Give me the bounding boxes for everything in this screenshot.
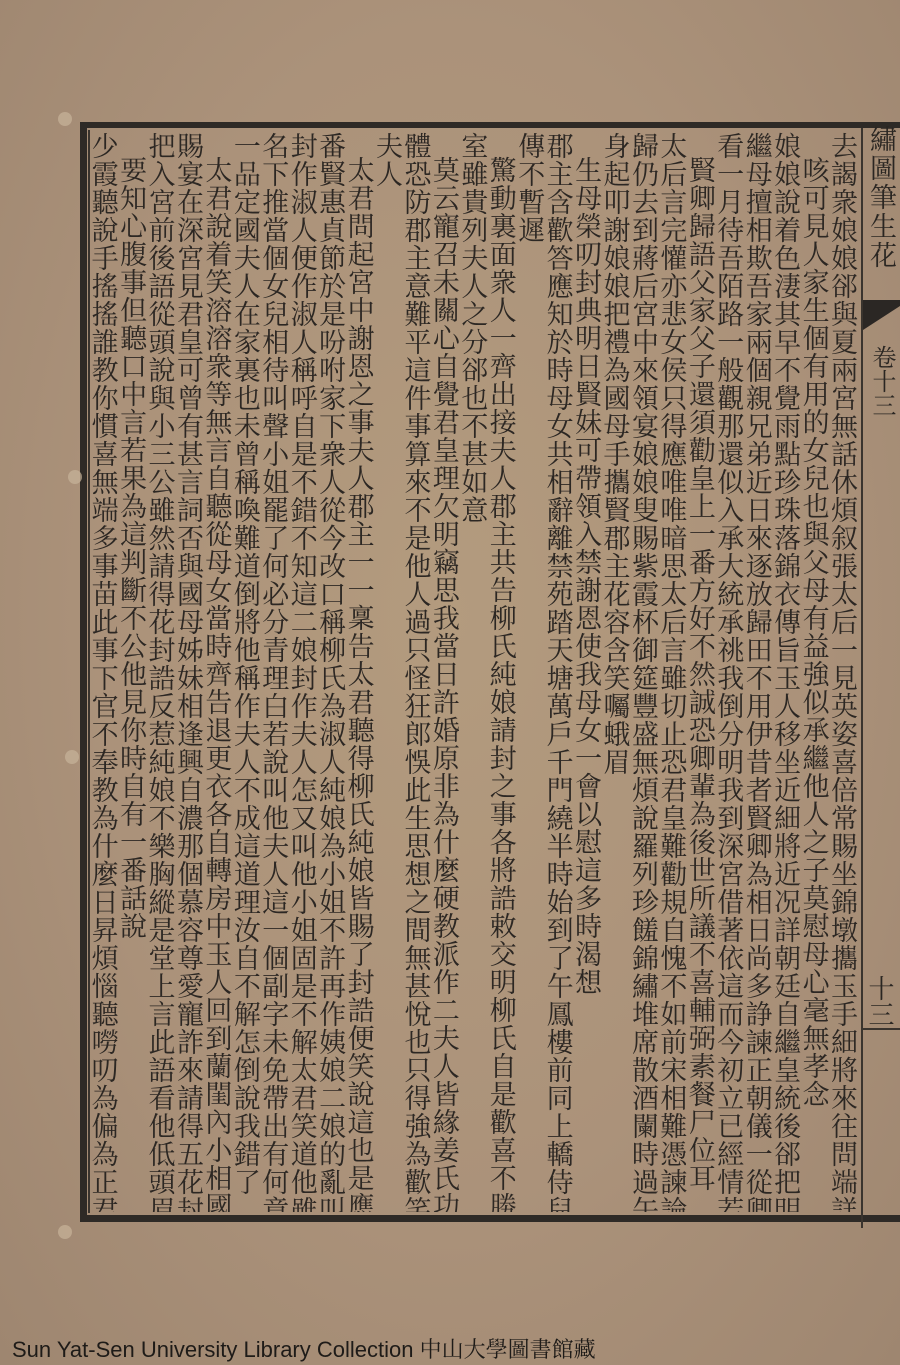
inner-border-line (88, 130, 90, 1213)
binding-hole (58, 112, 72, 126)
text-column: 體恐防郡主意難平這件事算來不是他人過只怪狂郎悞此生思想之間無甚悅也只得強為歡笑謝… (405, 132, 433, 1212)
scanned-book-page: 繡圖筆生花 卷十三 十三 去謁衆娘娘郤與夏兩宮無話休煩叙張太后一見英姿喜倍常賜坐… (0, 0, 900, 1365)
text-column: 咳可見人家生個有用的女兒也與父母有益強似承繼他人之子莫慰母心毫無孝念 (803, 132, 831, 1212)
margin-divider (863, 1028, 900, 1030)
center-margin-line (861, 128, 863, 1228)
margin-volume-label: 卷十三 (866, 345, 900, 417)
text-column: 番賢惠貞節於是吩咐家下衆人從今改口稱柳氏為淑人純娘為小姐不許再作姨娘二娘的亂叫燕… (320, 132, 348, 1212)
text-column: 少霞聽說手搖搖誰教你慣喜無端多事苗此事下官不奉教為什麼日昇煩惱聽嘮叨為偏為正君皇… (92, 132, 120, 1212)
text-column: 繼母擅相欺吾家兩個親兄弟近日來逐放歸田不用伊昔者賢卿為相日尚多諍諫正朝儀一從卿破… (746, 132, 774, 1212)
text-column: 莫云寵召未關心自覺君皇理欠明竊思我當日許婚原非為什麼硬教派作二夫人皆緣姜氏功勞大… (433, 132, 461, 1212)
binding-hole (68, 470, 82, 484)
text-column: 看一月待吾陌路一般觀那還似入承大統承祧我倒分明我到深宮借著依這而今初立已經情若此… (718, 132, 746, 1212)
text-column: 室雖貴列夫人之分郤也不甚如意 (462, 132, 490, 1212)
library-collection-caption: Sun Yat-Sen University Library Collectio… (12, 1333, 596, 1364)
text-column: 去謁衆娘娘郤與夏兩宮無話休煩叙張太后一見英姿喜倍常賜坐錦墩攜玉手細將來往問端詳夫… (832, 132, 860, 1212)
vertical-text-body: 去謁衆娘娘郤與夏兩宮無話休煩叙張太后一見英姿喜倍常賜坐錦墩攜玉手細將來往問端詳夫… (92, 132, 860, 1217)
binding-hole (58, 1225, 72, 1239)
text-column: 賢卿歸語父家父子還須勸皇上一番方好不然誠恐卿輩為後世所議不喜輔弼素餐尸位耳 (689, 132, 717, 1212)
text-column: 傳不暫遲 (519, 132, 547, 1212)
text-column: 太后言完懽亦悲女侯只得應唯唯暗思太后言雖切止恐君皇難勸規自愧不如前宋相難憑諫論睦… (661, 132, 689, 1212)
text-column: 賜宴在深宮見君皇可曾有甚言詞否與國母姊妹相逢興自濃那個慕容尊愛寵詐來請得五花封女… (178, 132, 206, 1212)
text-column: 娘娘說着色淒其早不覺雨點珍珠落錦衣傳旨玉人移坐近細將近况詳朝廷自繼皇統後郤把明朝… (775, 132, 803, 1212)
text-column: 太君說着笑溶溶衆等無言自聽從母女當時齊告退更衣各自轉房中玉人回到蘭閨內小相國庭上… (206, 132, 234, 1212)
text-column: 驚動裏面衆人一齊出接夫人郡主共告柳氏純娘請封之事各將誥敕交明柳氏自是歡喜不勝再三… (490, 132, 518, 1212)
text-column: 要知心腹事但聽口中言若果為這判斷不公他見你時自有一番話說 (121, 132, 149, 1212)
text-column: 歸仍去到蔣后宮中來領宴娘娘叟賜紫霞杯御筵豐盛無煩說羅列珍饈錦繡堆席散酒闌時過午香… (633, 132, 661, 1212)
text-column: 生母榮叨封典明日賢妹可帶領入禁謝恩使我母女一會以慰這多時渴想 (576, 132, 604, 1212)
text-column: 夫人 (377, 132, 405, 1212)
text-column: 身起叩謝娘娘把禮為國母手攜賢郡主花容含笑囑蛾眉 (604, 132, 632, 1212)
text-column: 封作淑人便作淑人稱呼自是不錯不知這二娘封作夫人怎又叫他小姐固是不解太君笑道他雖是… (291, 132, 319, 1212)
margin-book-title: 繡圖筆生花 (866, 125, 900, 270)
margin-page-number: 十三 (868, 975, 898, 1027)
binding-hole (65, 750, 79, 764)
text-column: 郡主含歡答應知於時母女共相辭離禁苑踏天塘萬戶千門繞半時始到了午鳳樓前同上轎侍兒宮… (547, 132, 575, 1212)
text-column: 一品定國夫人在家裏也未曾稱喚難道倒將他稱作夫人不成這道理汝自不解怎倒說我錯了 (234, 132, 262, 1212)
text-column: 太君問起宮中謝恩之事夫人郡主一一稟告太君聽得柳氏純娘皆賜了封誥便笑說這也是應該的… (348, 132, 376, 1212)
text-column: 名下推當個女兒相待叫聲小姐罷了何必分青理白若說叫他夫人這一個副字未免帶出有何意思… (263, 132, 291, 1212)
text-column: 把入宮前後語從頭說與小三公雖然請得花封誥反惹純娘不樂胸縱是堂上言此語看他低頭眉峰… (149, 132, 177, 1212)
